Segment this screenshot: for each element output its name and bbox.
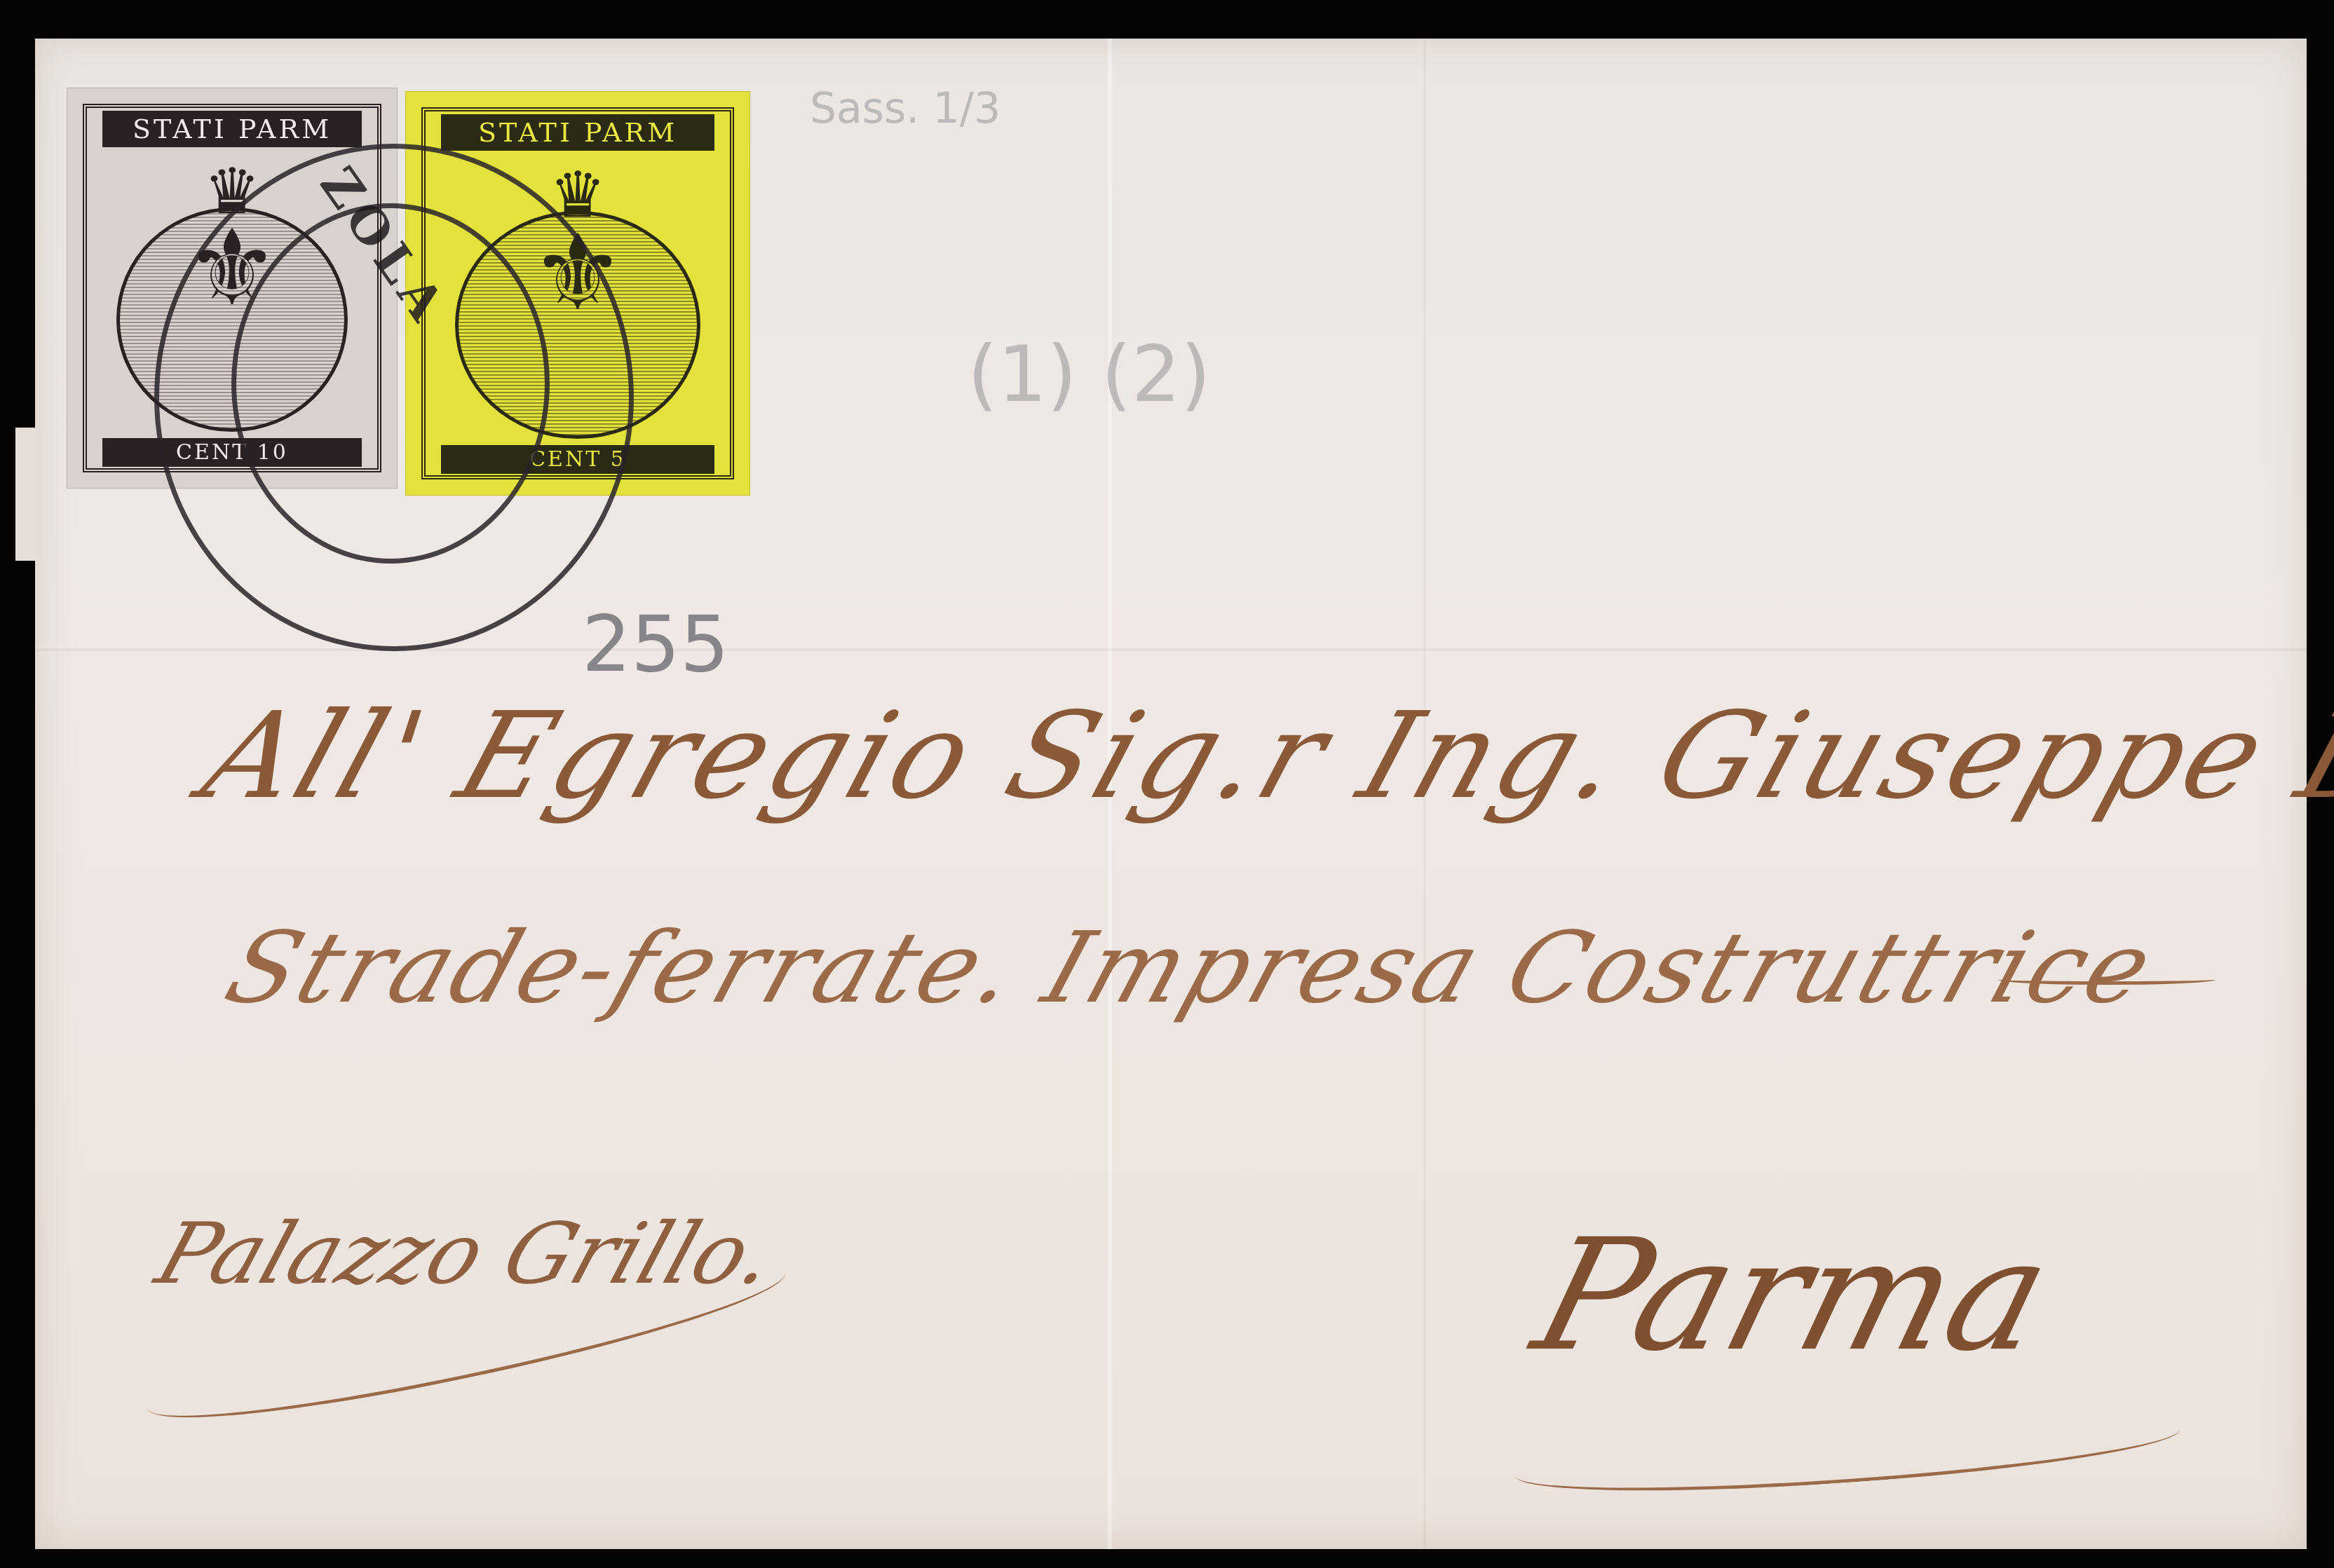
destination-city: Parma bbox=[1519, 1206, 2068, 1385]
pencil-number-note: 255 bbox=[582, 599, 729, 689]
address-line-1: All' Egregio Sig.r Ing. Giuseppe Dalle-O… bbox=[188, 687, 2334, 826]
pencil-catalog-note: Sass. 1/3 bbox=[810, 81, 1000, 137]
paper-flap bbox=[15, 428, 36, 561]
stamp-title: STATI PARM bbox=[102, 111, 362, 147]
stamp-title: STATI PARM bbox=[441, 114, 714, 151]
address-underline bbox=[1998, 974, 2216, 985]
address-line-2: Strade-ferrate. Impresa Costruttrice bbox=[213, 911, 2169, 1025]
pencil-reference-note: (1) (2) bbox=[968, 329, 1211, 419]
